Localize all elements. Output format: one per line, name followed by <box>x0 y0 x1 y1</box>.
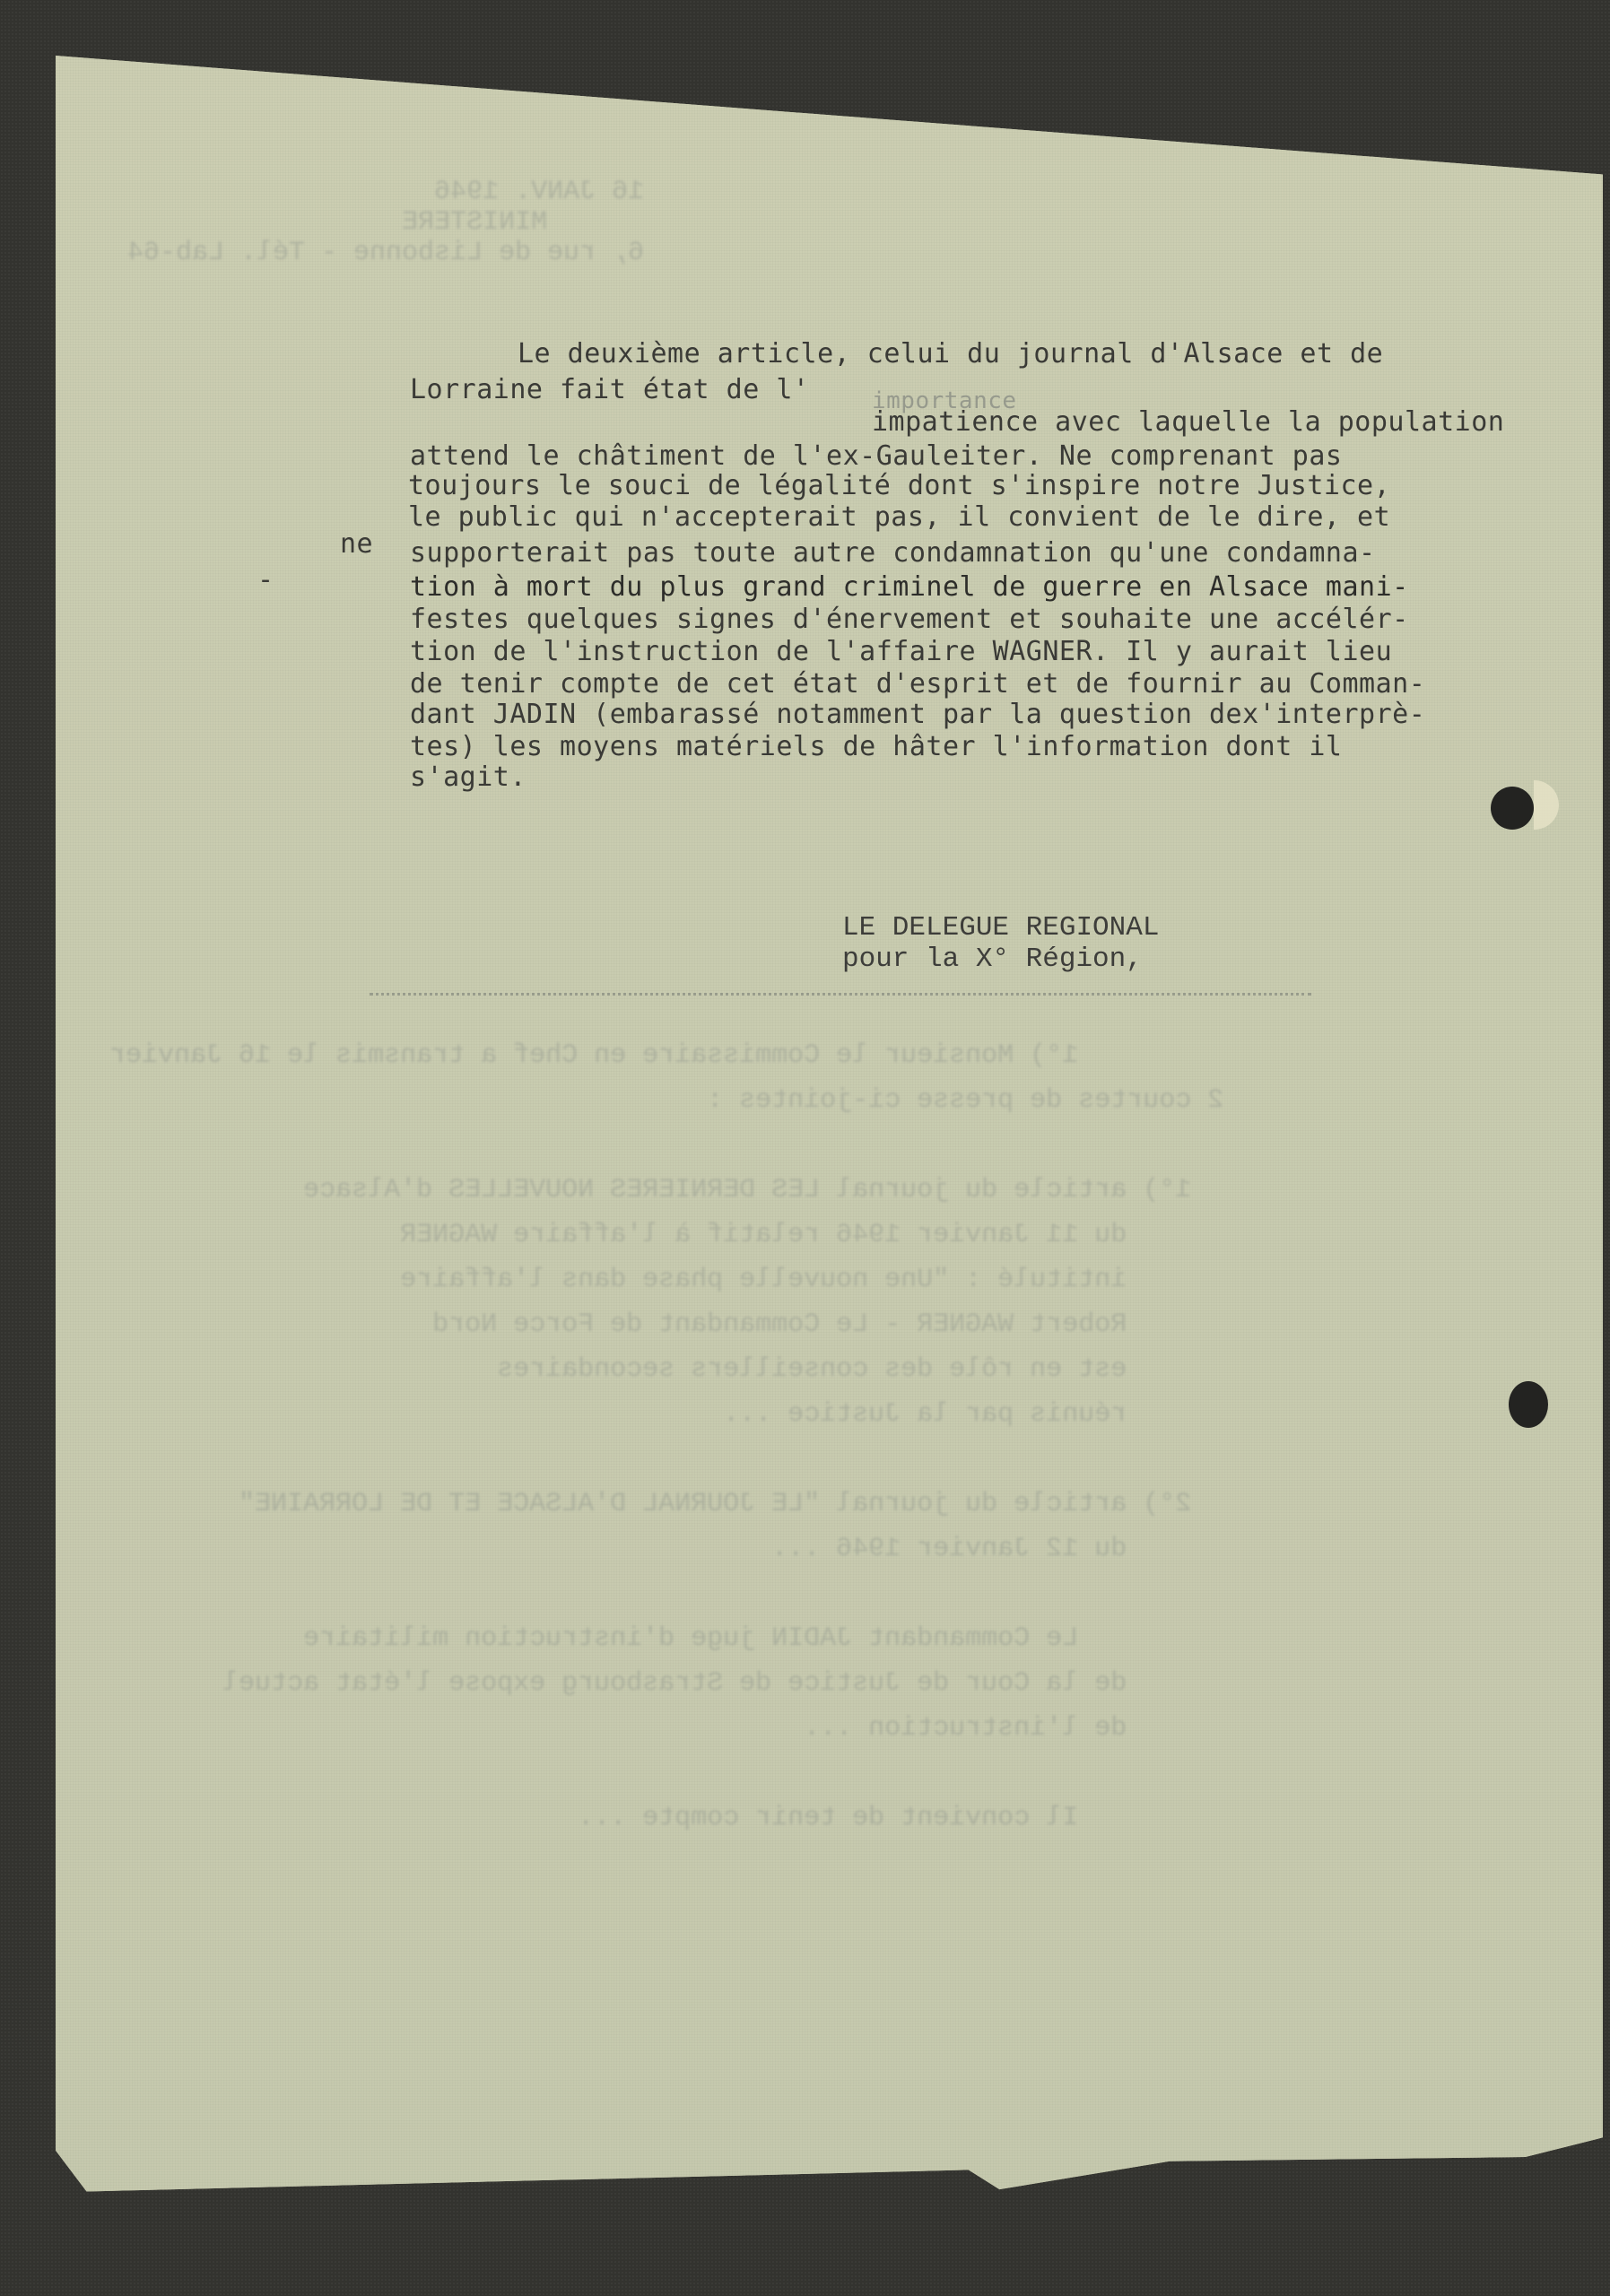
bleed-through-body: 1°) Monsieur le Commissaire en Chef a tr… <box>109 1033 1240 1840</box>
signature-region: pour la X° Région, <box>842 944 1143 975</box>
punch-hole-bottom <box>1509 1381 1548 1428</box>
bleed-through-header: 16 JANV. 1946 MINISTERE 6, rue de Lisbon… <box>127 177 644 268</box>
paragraph-line-10: tion de l'instruction de l'affaire WAGNE… <box>410 639 1392 665</box>
paragraph-line-8: tion à mort du plus grand criminel de gu… <box>410 574 1409 601</box>
paragraph-line-5: toujours le souci de légalité dont s'ins… <box>408 473 1390 500</box>
paragraph-line-14: s'agit. <box>410 764 527 791</box>
paragraph-line-3: impatience avec laquelle la population <box>872 409 1504 436</box>
margin-mark: - <box>257 567 274 594</box>
paragraph-line-11: de tenir compte de cet état d'esprit et … <box>410 671 1425 698</box>
divider-line <box>370 993 1311 998</box>
paragraph-line-12: dant JADIN (embarassé notamment par la q… <box>410 701 1425 728</box>
punch-hole-top <box>1491 787 1534 830</box>
paper-tab-top <box>1534 780 1559 830</box>
paragraph-line-13: tes) les moyens matériels de hâter l'inf… <box>410 734 1342 761</box>
paragraph-line-7: supporterait pas toute autre condamnatio… <box>410 540 1376 567</box>
paragraph-line-6: le public qui n'accepterait pas, il conv… <box>408 504 1390 531</box>
paragraph-line-4: attend le châtiment de l'ex-Gauleiter. N… <box>410 443 1342 470</box>
document-page: 16 JANV. 1946 MINISTERE 6, rue de Lisbon… <box>56 56 1603 2215</box>
continuation-mark: ..../... <box>118 2239 217 2259</box>
paragraph-line-2: Lorraine fait état de l' <box>410 377 809 404</box>
paragraph-line-1: Le deuxième article, celui du journal d'… <box>518 341 1383 368</box>
paragraph-line-9: festes quelques signes d'énervement et s… <box>410 606 1409 633</box>
paragraph-line-7-prefix: ne <box>340 531 373 558</box>
signature-title: LE DELEGUE REGIONAL <box>842 912 1159 944</box>
